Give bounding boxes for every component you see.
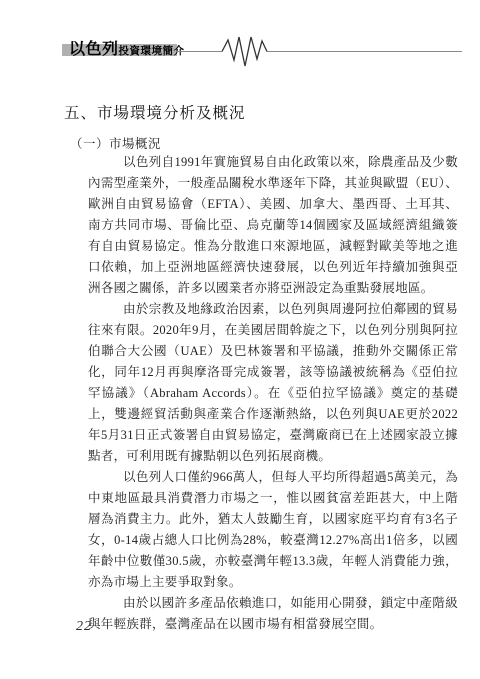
subsection-heading: （一）市場概況	[70, 134, 161, 152]
logo-sub-text: 投資環境簡介	[119, 43, 185, 58]
body-paragraph: 以色列自1991年實施貿易自由化政策以來，除農產品及少數內需型產業外，一般產品關…	[88, 152, 458, 299]
logo-main-text: 以色列	[69, 36, 119, 59]
body-paragraph: 由於宗教及地緣政治因素，以色列與周邊阿拉伯鄰國的貿易往來有限。2020年9月，在…	[88, 299, 458, 467]
report-logo: 以色列投資環境簡介	[69, 36, 185, 59]
body-text: 以色列自1991年實施貿易自由化政策以來，除農產品及少數內需型產業外，一般產品關…	[88, 152, 458, 635]
body-paragraph: 由於以國許多產品依賴進口，如能用心開發，鎖定中產階級與年輕族群，臺灣產品在以國市…	[88, 593, 458, 635]
heartbeat-pulse-icon	[176, 32, 462, 72]
body-paragraph: 以色列人口僅約966萬人，但每人平均所得超過5萬美元，為中東地區最具消費潛力市場…	[88, 467, 458, 593]
section-heading: 五、市場環境分析及概況	[64, 101, 246, 123]
page-number: 22	[76, 619, 92, 635]
document-page: 以色列投資環境簡介 五、市場環境分析及概況 （一）市場概況 以色列自1991年實…	[0, 0, 480, 679]
